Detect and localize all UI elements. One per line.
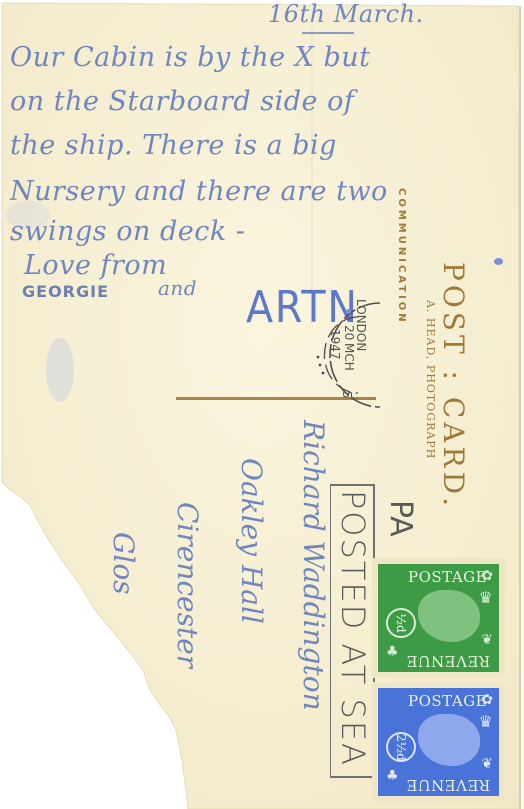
ink-blot xyxy=(346,309,351,314)
thistle-icon: ❦ xyxy=(481,756,493,772)
stamp-two-half-penny: POSTAGE REVENUE 2½d ♛ ✿ ♣ ❦ xyxy=(372,682,505,802)
stamp-value: ½d xyxy=(386,608,416,638)
address-line: Richard Waddington xyxy=(297,420,330,711)
publisher-credit: A. HEAD, PHOTOGRAPH xyxy=(424,300,437,459)
stamp-value: 2½d xyxy=(386,732,416,762)
postmark-day: 20 xyxy=(342,325,356,340)
communication-label: COMMUNICATION xyxy=(396,188,407,325)
postmark-place: LONDON xyxy=(354,299,368,351)
postmark-time: 5 xyxy=(340,391,354,399)
rose-icon: ✿ xyxy=(481,568,493,584)
rose-icon: ✿ xyxy=(481,692,493,708)
postmark-year: 1947 xyxy=(328,329,342,360)
message-line: Our Cabin is by the X but xyxy=(10,42,370,73)
signature-printed: GEORGIE xyxy=(22,282,109,301)
shamrock-icon: ♣ xyxy=(386,644,399,660)
message-line: the ship. There is a big xyxy=(10,130,337,161)
paquebot-cancel: PA xyxy=(383,500,418,537)
address-line: Oakley Hall xyxy=(235,458,268,624)
postcard-title: POST : CARD. xyxy=(437,262,470,510)
king-portrait-icon xyxy=(418,714,480,766)
postcard-back: 16th March. Our Cabin is by the X but on… xyxy=(0,0,524,809)
date-underline xyxy=(302,32,354,34)
crown-icon: ♛ xyxy=(479,588,493,607)
slogan-cancel: POSTED AT SEA xyxy=(334,490,372,767)
message-date: 16th March. xyxy=(268,0,424,28)
postmark: LONDON 20 MCH 1947 5 xyxy=(310,295,394,413)
king-portrait-icon xyxy=(418,590,480,642)
message-line: on the Starboard side of xyxy=(10,86,354,117)
thistle-icon: ❦ xyxy=(481,632,493,648)
postmark-month: MCH xyxy=(342,343,356,371)
stamp-revenue-label: REVENUE xyxy=(406,776,490,794)
crown-icon: ♛ xyxy=(479,712,493,731)
message-line: Love from xyxy=(24,250,167,281)
ink-blot xyxy=(494,258,503,265)
message-line: Nursery and there are two xyxy=(10,176,388,207)
address-line: Cirencester xyxy=(171,502,204,668)
address-line: Glos xyxy=(107,532,140,595)
stamp-half-penny: POSTAGE REVENUE ½d ♛ ✿ ♣ ❦ xyxy=(372,558,505,678)
stamp-postage-label: POSTAGE xyxy=(408,568,487,586)
stamp-revenue-label: REVENUE xyxy=(406,652,490,670)
stamp-postage-label: POSTAGE xyxy=(408,692,487,710)
signature-and: and xyxy=(158,276,197,300)
shamrock-icon: ♣ xyxy=(386,768,399,784)
message-line: swings on deck - xyxy=(10,216,245,247)
